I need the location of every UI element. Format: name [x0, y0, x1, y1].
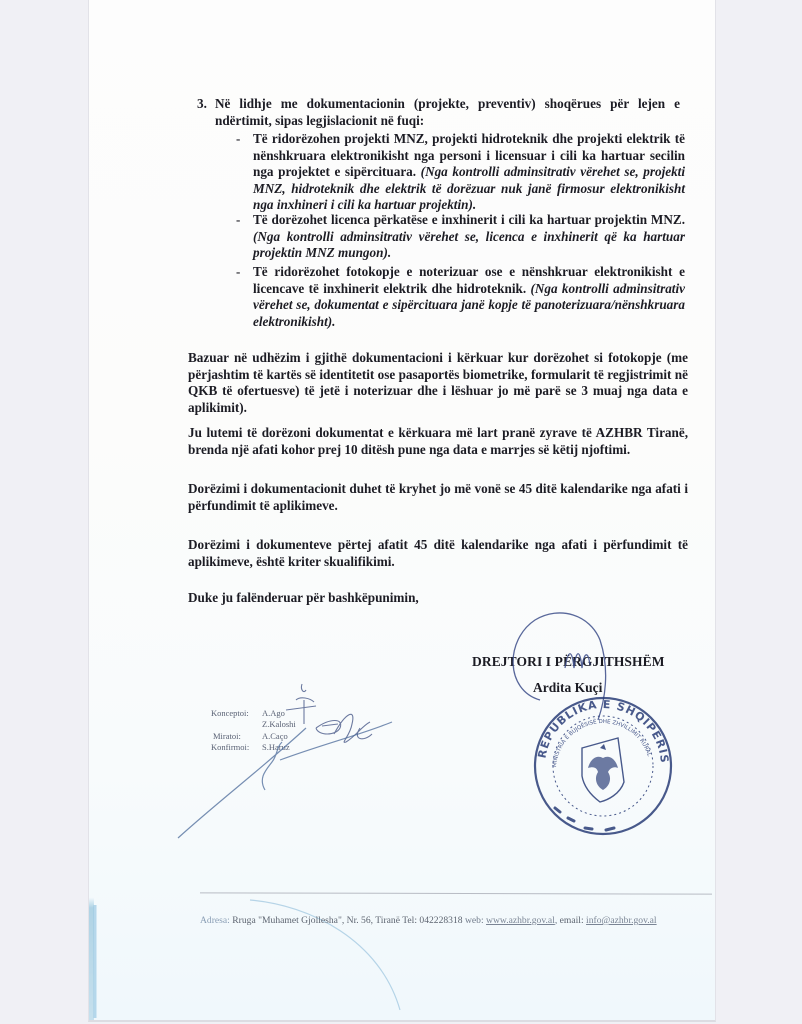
- signature-stroke-icon: [178, 722, 392, 838]
- stamp-outer-text: REPUBLIKA E SHQIPËRISË: [0, 0, 671, 764]
- website-link[interactable]: www.azhbr.gov.al: [486, 915, 555, 926]
- footer-contact: Adresa: Rruga "Muhamet Gjollesha", Nr. 5…: [200, 915, 715, 926]
- web-label: web:: [465, 915, 484, 926]
- address: Rruga "Muhamet Gjollesha", Nr. 56, Tiran…: [232, 915, 400, 926]
- ink-overlay: REPUBLIKA E SHQIPËRISË MINISTRIA E BUJQË…: [0, 0, 802, 1024]
- tel-label: Tel:: [402, 915, 417, 926]
- email-label: email:: [560, 915, 584, 926]
- email-link[interactable]: info@azhbr.gov.al: [586, 915, 657, 926]
- address-label: Adresa:: [200, 915, 230, 926]
- tel: 042228318: [419, 915, 462, 926]
- svg-text:REPUBLIKA E SHQIPËRISË: REPUBLIKA E SHQIPËRISË: [0, 0, 671, 764]
- official-stamp-icon: REPUBLIKA E SHQIPËRISË MINISTRIA E BUJQË…: [0, 0, 671, 834]
